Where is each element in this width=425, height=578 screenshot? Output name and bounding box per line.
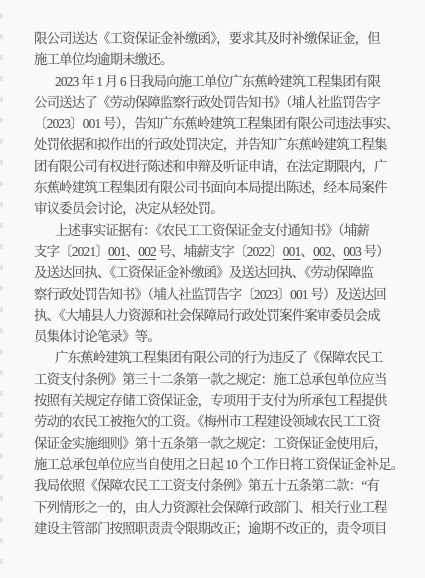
underlined-number: 001 — [108, 244, 126, 259]
document-line: 我局依照《保障农民工工资支付条例》第五十五条第二款：“有 — [34, 475, 404, 496]
document-text: 施工总承包单位应当自使用之日起 10 个工作日将工资保证金补足。 — [34, 457, 403, 472]
document-text: 限公司送达《工资保证金补缴函》，要求其及时补缴保证金，但 — [34, 31, 380, 46]
document-line: 限公司送达《工资保证金补缴函》，要求其及时补缴保证金，但 — [34, 28, 404, 49]
document-text: 、 — [331, 244, 344, 259]
document-text: 、 — [126, 244, 139, 259]
document-line: 广东蕉岭建筑工程集团有限公司的行为违反了《保障农民工 — [34, 347, 404, 368]
document-text: 及送达回执、《工资保证金补缴函》及送达回执、《劳动保障监 — [34, 265, 373, 280]
document-line: 审议委员会讨论，决定从轻处罚。 — [34, 198, 404, 219]
document-line: 东蕉岭建筑工程集团有限公司书面向本局提出陈述，经本局案件 — [34, 177, 404, 198]
document-line: 建设主管部门按照职责责令限期改正；逾期不改正的，责令项目 — [34, 518, 404, 539]
document-text: 察行政处罚告知书》（埔人社监罚告字〔2023〕001 号）及送达回 — [34, 287, 386, 302]
document-line: 按照有关规定存储工资保证金，专项用于支付为所承包工程提供 — [34, 390, 404, 411]
document-line: 支字〔2021〕001、002 号、埔薪支字〔2022〕001、002、003 … — [34, 241, 404, 262]
document-body: 限公司送达《工资保证金补缴函》，要求其及时补缴保证金，但施工单位均逾期未缴还。2… — [34, 28, 404, 539]
document-text: 审议委员会讨论，决定从轻处罚。 — [34, 201, 223, 216]
document-line: 及送达回执、《工资保证金补缴函》及送达回执、《劳动保障监 — [34, 262, 404, 283]
document-text: 施工单位均逾期未缴还。 — [34, 52, 173, 67]
document-line: 下列情形之一的，由人力资源社会保障行政部门、相关行业工程 — [34, 497, 404, 518]
document-line: 施工单位均逾期未缴还。 — [34, 49, 404, 70]
document-text: 劳动的农民工被拖欠的工资。《梅州市工程建设领域农民工工资 — [34, 414, 380, 429]
document-text: 员集体讨论笔录》等。 — [34, 329, 160, 344]
document-page: 限公司送达《工资保证金补缴函》，要求其及时补缴保证金，但施工单位均逾期未缴还。2… — [0, 0, 425, 578]
document-line: 2023 年 1 月 6 日我局向施工单位广东蕉岭建筑工程集团有限 — [34, 71, 404, 92]
document-text: 执、《大埔县人力资源和社会保障局行政处罚案件案审委员会成 — [34, 308, 380, 323]
document-text: 团有限公司有权进行陈述和申辩及听证申请，在法定期限内，广 — [34, 159, 387, 174]
document-line: 保证金实施细则》第十五条第一款之规定：工资保证金使用后， — [34, 433, 404, 454]
document-text: 保证金实施细则》第十五条第一款之规定：工资保证金使用后， — [34, 436, 387, 451]
document-text: 公司送达了《劳动保障监察行政处罚告知书》（埔人社监罚告字 — [34, 95, 380, 110]
document-line: 团有限公司有权进行陈述和申辩及听证申请，在法定期限内，广 — [34, 156, 404, 177]
document-line: 劳动的农民工被拖欠的工资。《梅州市工程建设领域农民工工资 — [34, 411, 404, 432]
document-text: 支字〔2021〕 — [34, 244, 108, 259]
document-line: 处罚依据和拟作出的行政处罚决定，并告知广东蕉岭建筑工程集 — [34, 134, 404, 155]
document-line: 察行政处罚告知书》（埔人社监罚告字〔2023〕001 号）及送达回 — [34, 284, 404, 305]
document-text: 工资支付条例》第三十二条第一款之规定：施工总承包单位应当 — [34, 372, 387, 387]
document-line: 公司送达了《劳动保障监察行政处罚告知书》（埔人社监罚告字 — [34, 92, 404, 113]
underlined-number: 003 — [343, 244, 361, 259]
document-text: 2023 年 1 月 6 日我局向施工单位广东蕉岭建筑工程集团有限 — [55, 74, 380, 89]
document-text: 下列情形之一的，由人力资源社会保障行政部门、相关行业工程 — [34, 500, 387, 515]
document-line: 〔2023〕001 号），告知广东蕉岭建筑工程集团有限公司违法事实、 — [34, 113, 404, 134]
document-text: 号、埔薪支字〔2022〕 — [156, 244, 283, 259]
document-text: 上述事实证据有：《农民工工资保证金支付通知书》（埔薪 — [55, 223, 369, 238]
document-text: 、 — [300, 244, 313, 259]
document-line: 上述事实证据有：《农民工工资保证金支付通知书》（埔薪 — [34, 220, 404, 241]
document-text: 东蕉岭建筑工程集团有限公司书面向本局提出陈述，经本局案件 — [34, 180, 387, 195]
scan-edge-artifact — [0, 0, 3, 578]
document-text: 处罚依据和拟作出的行政处罚决定，并告知广东蕉岭建筑工程集 — [34, 137, 387, 152]
document-text: 广东蕉岭建筑工程集团有限公司的行为违反了《保障农民工 — [55, 350, 382, 365]
document-text: 我局依照《保障农民工工资支付条例》第五十五条第二款：“有 — [34, 478, 379, 493]
document-text: 号） — [361, 244, 389, 259]
document-text: 按照有关规定存储工资保证金，专项用于支付为所承包工程提供 — [34, 393, 387, 408]
document-text: 〔2023〕001 号），告知广东蕉岭建筑工程集团有限公司违法事实、 — [34, 116, 398, 131]
underlined-number: 002 — [313, 244, 331, 259]
underlined-number: 001 — [283, 244, 301, 259]
document-text: 建设主管部门按照职责责令限期改正；逾期不改正的，责令项目 — [34, 521, 387, 536]
document-line: 执、《大埔县人力资源和社会保障局行政处罚案件案审委员会成 — [34, 305, 404, 326]
document-line: 施工总承包单位应当自使用之日起 10 个工作日将工资保证金补足。 — [34, 454, 404, 475]
document-line: 员集体讨论笔录》等。 — [34, 326, 404, 347]
underlined-number: 002 — [138, 244, 156, 259]
document-line: 工资支付条例》第三十二条第一款之规定：施工总承包单位应当 — [34, 369, 404, 390]
